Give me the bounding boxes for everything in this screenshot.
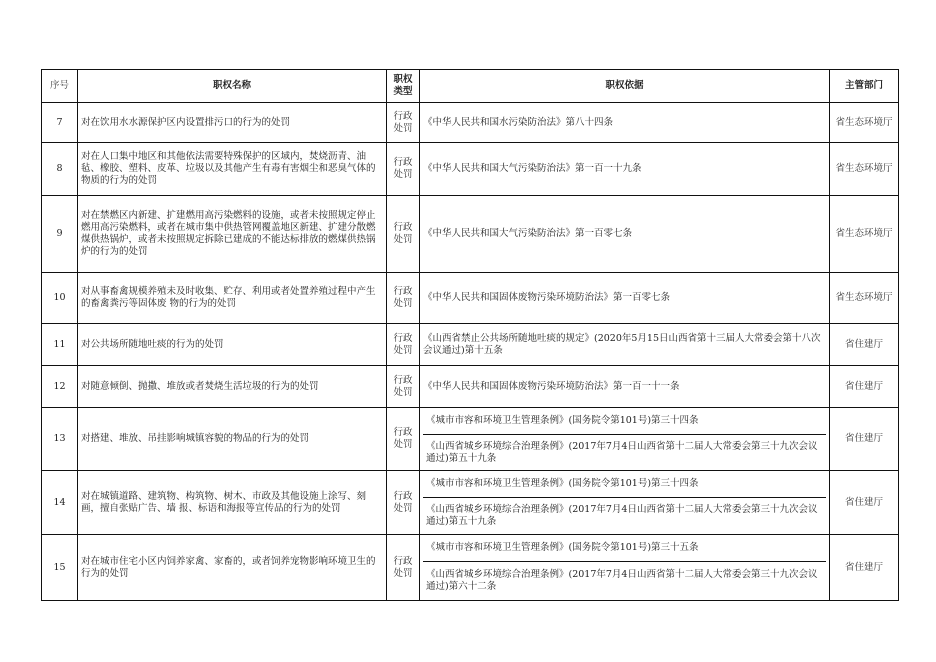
row-name: 对从事畜禽规模养殖未及时收集、贮存、利用或者处置养殖过程中产生的畜禽粪污等固体废…	[78, 273, 387, 324]
row-type: 行政处罚	[387, 273, 420, 324]
table-row: 14对在城镇道路、建筑物、构筑物、树木、市政及其他设施上涂写、刻画，擅自张贴广告…	[42, 471, 899, 535]
header-type: 职权类型	[387, 70, 420, 103]
row-name: 对在禁燃区内新建、扩建燃用高污染燃料的设施，或者未按照规定停止燃用高污染燃料，或…	[78, 196, 387, 273]
row-type: 行政处罚	[387, 471, 420, 535]
row-dept: 省住建厅	[830, 535, 899, 601]
row-name: 对公共场所随地吐痰的行为的处罚	[78, 324, 387, 366]
row-dept: 省住建厅	[830, 408, 899, 471]
row-dept: 省住建厅	[830, 471, 899, 535]
table-row: 9对在禁燃区内新建、扩建燃用高污染燃料的设施，或者未按照规定停止燃用高污染燃料，…	[42, 196, 899, 273]
row-dept: 省生态环境厅	[830, 143, 899, 196]
header-basis: 职权依据	[420, 70, 830, 103]
row-name: 对在饮用水水源保护区内设置排污口的行为的处罚	[78, 103, 387, 143]
basis-item: 《山西省城乡环境综合治理条例》(2017年7月4日山西省第十二届人大常委会第三十…	[423, 498, 826, 534]
header-row: 序号 职权名称 职权类型 职权依据 主管部门	[42, 70, 899, 103]
row-name: 对随意倾倒、抛撒、堆放或者焚烧生活垃圾的行为的处罚	[78, 366, 387, 408]
basis-item: 《城市市容和环境卫生管理条例》(国务院令第101号)第三十四条	[423, 471, 826, 498]
row-type: 行政处罚	[387, 366, 420, 408]
row-basis: 《城市市容和环境卫生管理条例》(国务院令第101号)第三十四条《山西省城乡环境综…	[420, 408, 830, 471]
table-row: 7对在饮用水水源保护区内设置排污口的行为的处罚行政处罚《中华人民共和国水污染防治…	[42, 103, 899, 143]
row-seq: 14	[42, 471, 78, 535]
header-dept: 主管部门	[830, 70, 899, 103]
table-row: 12对随意倾倒、抛撒、堆放或者焚烧生活垃圾的行为的处罚行政处罚《中华人民共和国固…	[42, 366, 899, 408]
table-row: 8对在人口集中地区和其他依法需要特殊保护的区域内，焚烧沥青、油毡、橡胶、塑料、皮…	[42, 143, 899, 196]
row-type: 行政处罚	[387, 103, 420, 143]
header-seq: 序号	[42, 70, 78, 103]
row-basis: 《城市市容和环境卫生管理条例》(国务院令第101号)第三十四条《山西省城乡环境综…	[420, 471, 830, 535]
row-seq: 12	[42, 366, 78, 408]
row-basis: 《中华人民共和国固体废物污染环境防治法》第一百零七条	[420, 273, 830, 324]
row-type: 行政处罚	[387, 408, 420, 471]
row-dept: 省生态环境厅	[830, 273, 899, 324]
row-dept: 省住建厅	[830, 324, 899, 366]
row-type: 行政处罚	[387, 324, 420, 366]
basis-item: 《城市市容和环境卫生管理条例》(国务院令第101号)第三十五条	[423, 535, 826, 562]
row-type: 行政处罚	[387, 196, 420, 273]
row-basis: 《中华人民共和国水污染防治法》第八十四条	[420, 103, 830, 143]
row-seq: 13	[42, 408, 78, 471]
row-seq: 15	[42, 535, 78, 601]
row-dept: 省住建厅	[830, 366, 899, 408]
header-name: 职权名称	[78, 70, 387, 103]
row-name: 对在人口集中地区和其他依法需要特殊保护的区域内，焚烧沥青、油毡、橡胶、塑料、皮革…	[78, 143, 387, 196]
row-name: 对搭建、堆放、吊挂影响城镇容貌的物品的行为的处罚	[78, 408, 387, 471]
table-row: 10对从事畜禽规模养殖未及时收集、贮存、利用或者处置养殖过程中产生的畜禽粪污等固…	[42, 273, 899, 324]
row-dept: 省生态环境厅	[830, 196, 899, 273]
basis-item: 《城市市容和环境卫生管理条例》(国务院令第101号)第三十四条	[423, 408, 826, 435]
row-basis: 《中华人民共和国大气污染防治法》第一百零七条	[420, 196, 830, 273]
row-seq: 9	[42, 196, 78, 273]
row-basis: 《城市市容和环境卫生管理条例》(国务院令第101号)第三十五条《山西省城乡环境综…	[420, 535, 830, 601]
row-basis: 《中华人民共和国固体废物污染环境防治法》第一百一十一条	[420, 366, 830, 408]
row-seq: 7	[42, 103, 78, 143]
row-basis: 《中华人民共和国大气污染防治法》第一百一十九条	[420, 143, 830, 196]
powers-table: 序号 职权名称 职权类型 职权依据 主管部门 7对在饮用水水源保护区内设置排污口…	[41, 69, 899, 601]
table-row: 15对在城市住宅小区内饲养家禽、家畜的，或者饲养宠物影响环境卫生的行为的处罚行政…	[42, 535, 899, 601]
row-type: 行政处罚	[387, 535, 420, 601]
basis-item: 《山西省城乡环境综合治理条例》(2017年7月4日山西省第十二届人大常委会第三十…	[423, 435, 826, 470]
row-basis: 《山西省禁止公共场所随地吐痰的规定》(2020年5月15日山西省第十三届人大常委…	[420, 324, 830, 366]
row-seq: 10	[42, 273, 78, 324]
row-name: 对在城市住宅小区内饲养家禽、家畜的，或者饲养宠物影响环境卫生的行为的处罚	[78, 535, 387, 601]
row-type: 行政处罚	[387, 143, 420, 196]
table-body: 7对在饮用水水源保护区内设置排污口的行为的处罚行政处罚《中华人民共和国水污染防治…	[42, 103, 899, 601]
row-name: 对在城镇道路、建筑物、构筑物、树木、市政及其他设施上涂写、刻画，擅自张贴广告、墙…	[78, 471, 387, 535]
table-row: 13对搭建、堆放、吊挂影响城镇容貌的物品的行为的处罚行政处罚《城市市容和环境卫生…	[42, 408, 899, 471]
row-seq: 11	[42, 324, 78, 366]
row-seq: 8	[42, 143, 78, 196]
basis-item: 《山西省城乡环境综合治理条例》(2017年7月4日山西省第十二届人大常委会第三十…	[423, 562, 826, 600]
row-dept: 省生态环境厅	[830, 103, 899, 143]
table-row: 11对公共场所随地吐痰的行为的处罚行政处罚《山西省禁止公共场所随地吐痰的规定》(…	[42, 324, 899, 366]
